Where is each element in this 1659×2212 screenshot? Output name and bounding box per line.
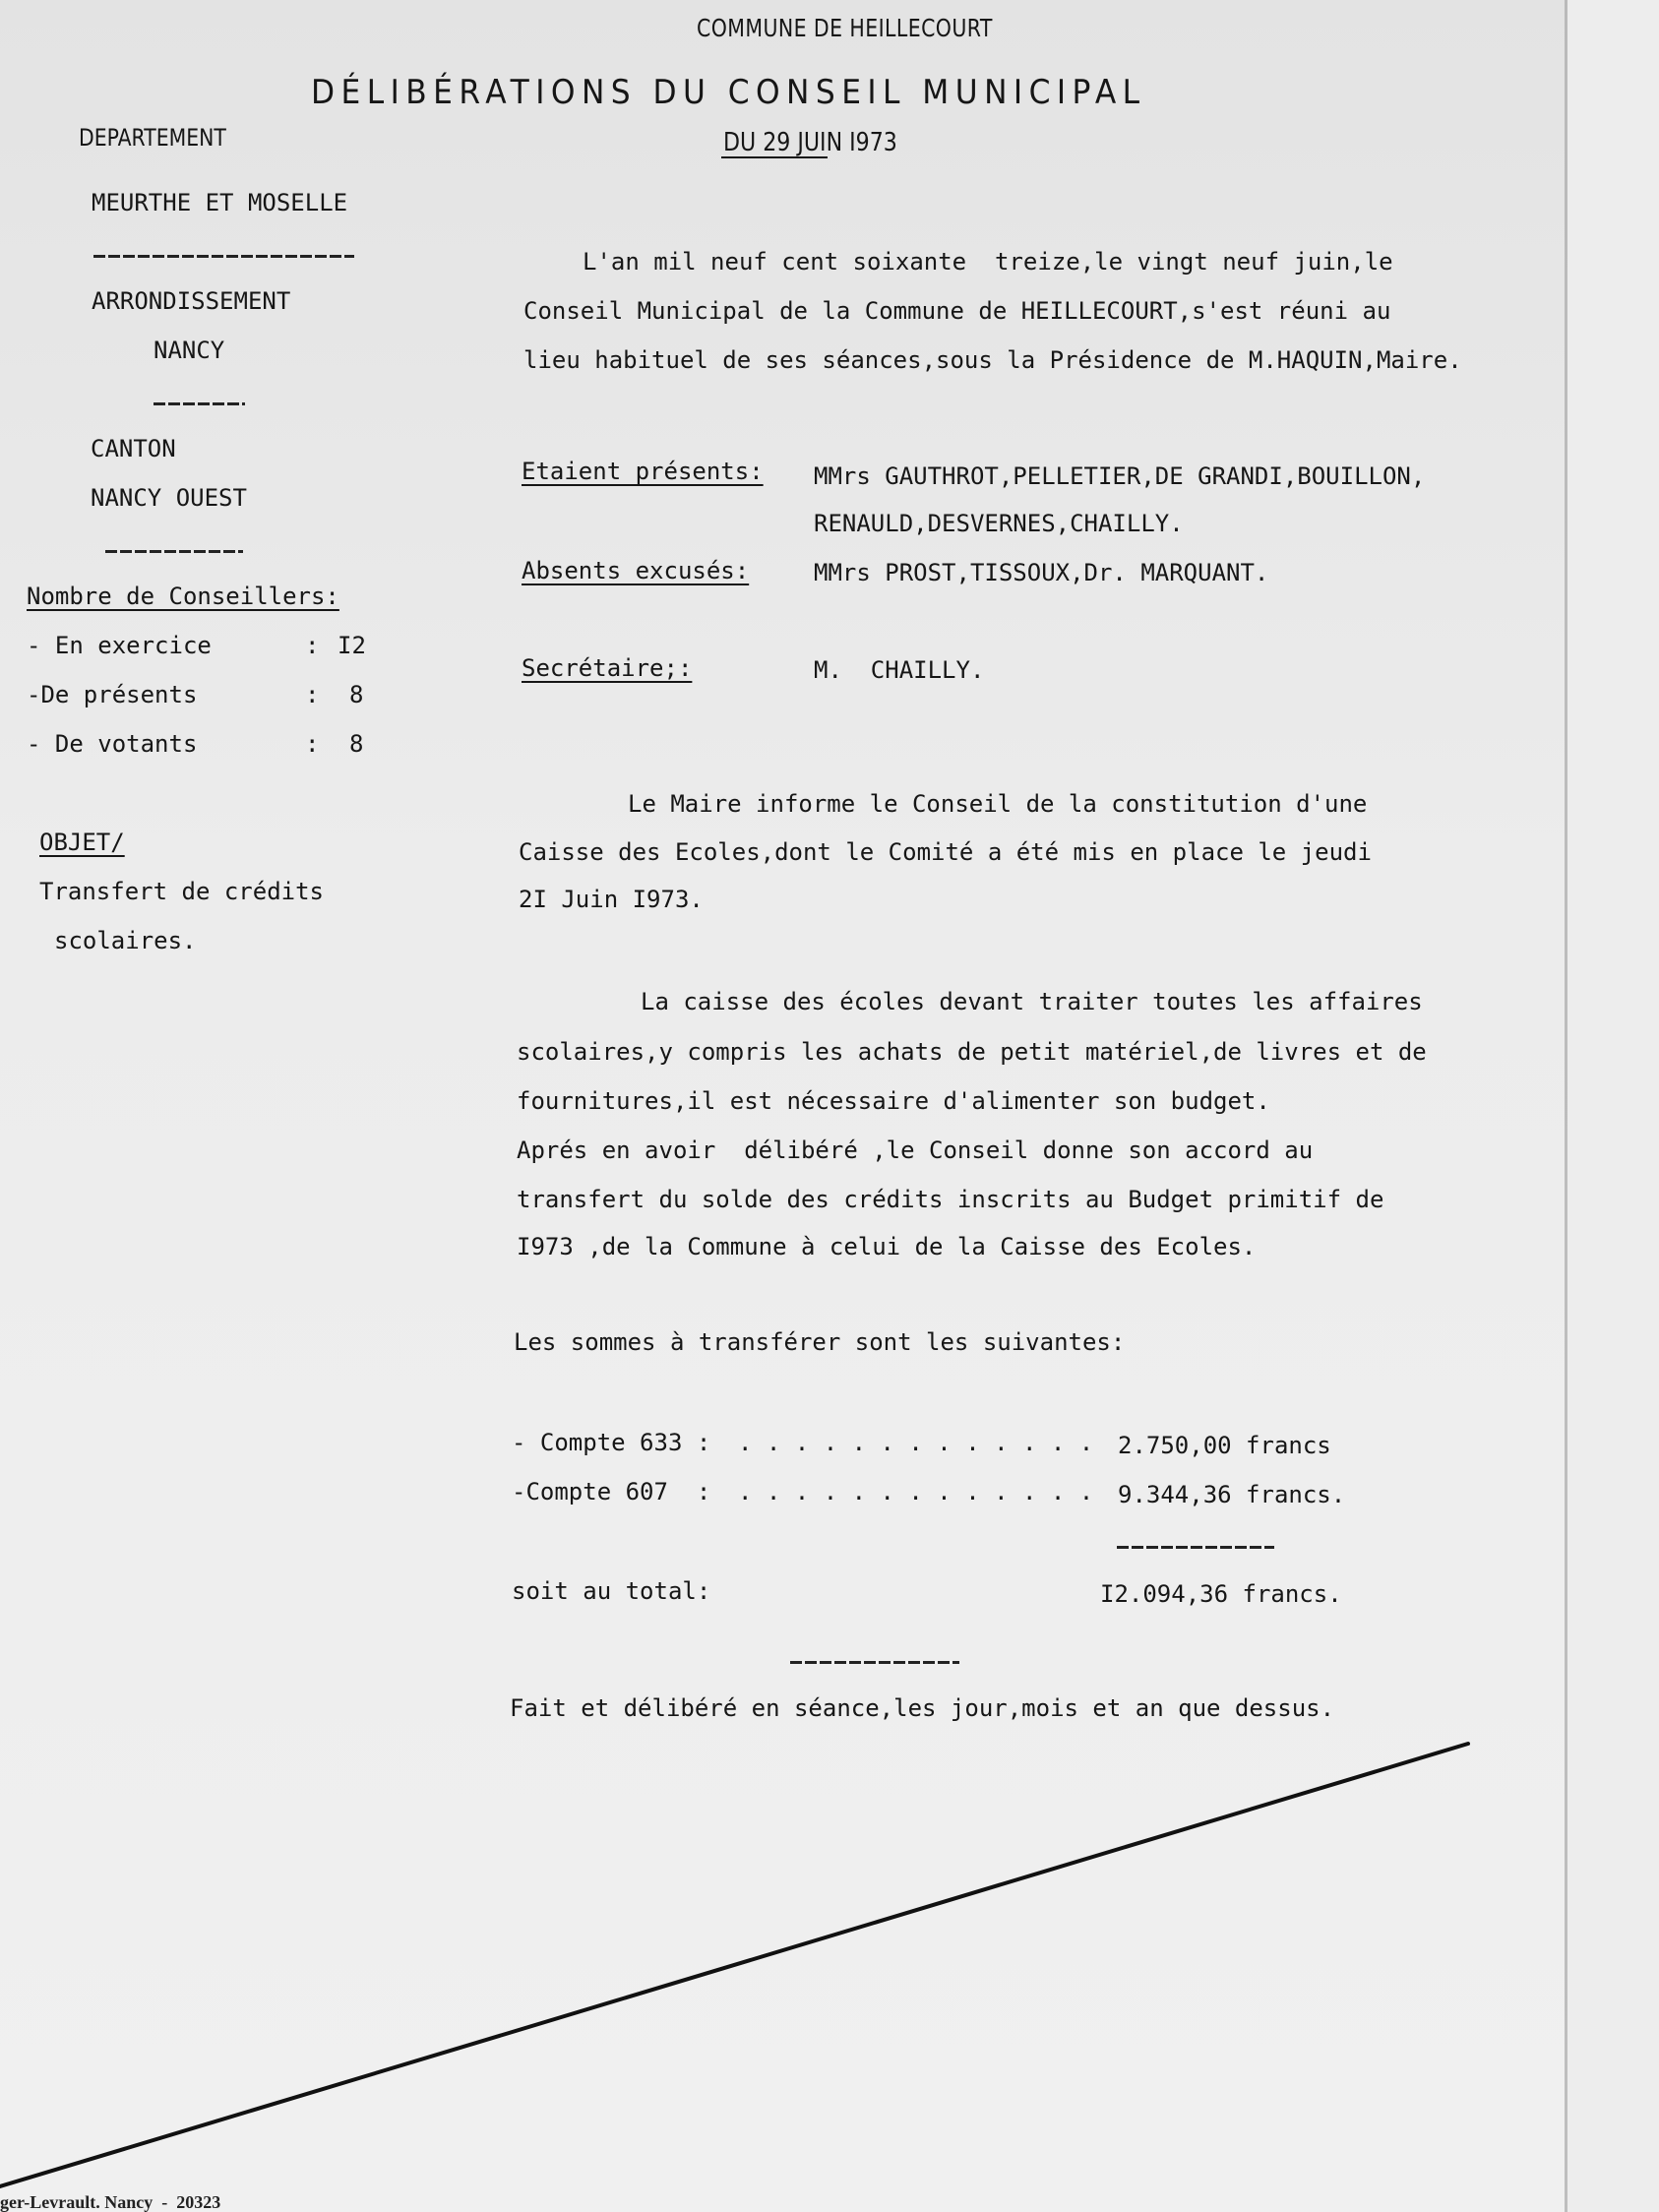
printer-imprint: ger-Levrault. Nancy - 20323 xyxy=(0,2192,220,2212)
diagonal-strike-line xyxy=(0,0,1659,2212)
